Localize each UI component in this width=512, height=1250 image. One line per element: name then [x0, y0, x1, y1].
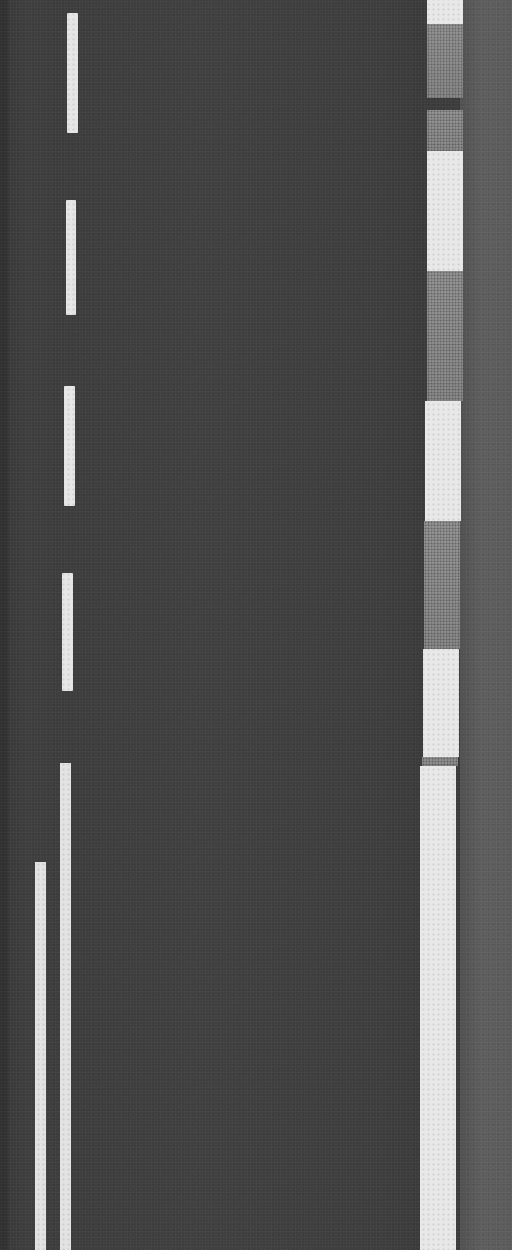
edge-line-worn-segment: [427, 271, 463, 401]
road-shoulder: [460, 0, 512, 1250]
road-scene: [0, 0, 512, 1250]
lane-solid-line-inner: [60, 763, 71, 1250]
edge-line-worn-segment: [424, 521, 460, 649]
lane-dash: [62, 573, 73, 691]
edge-line-segment: [427, 151, 463, 271]
edge-line-worn-segment: [427, 24, 463, 98]
edge-line-solid: [420, 766, 456, 1250]
lane-dash: [67, 13, 78, 133]
edge-line-worn-segment: [422, 757, 458, 766]
edge-line-segment: [423, 649, 459, 757]
lane-dash: [64, 386, 75, 506]
lane-solid-line-outer: [35, 862, 46, 1250]
edge-line-segment: [425, 401, 461, 521]
edge-line-segment: [427, 0, 463, 24]
road-left-edge: [0, 0, 8, 1250]
lane-dash: [66, 200, 76, 315]
edge-line-worn-segment: [427, 110, 463, 151]
